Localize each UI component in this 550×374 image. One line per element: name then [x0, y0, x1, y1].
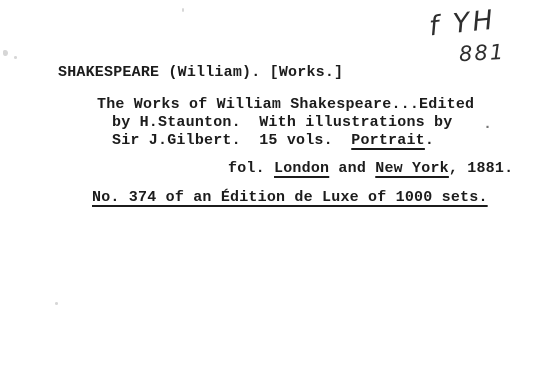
title-line-1: The Works of William Shakespeare...Edite… — [97, 96, 474, 114]
shelfmark-number: 881 — [458, 40, 505, 66]
shelfmark-class: f YH — [428, 5, 498, 43]
stray-ink-mark: . — [483, 116, 492, 133]
catalog-card: f YH 881 SHAKESPEARE (William). [Works.]… — [0, 0, 550, 374]
portrait-underlined: Portrait — [351, 132, 425, 149]
title-line-3-text: Sir J.Gilbert. 15 vols. — [112, 132, 351, 149]
imprint-place-london: London — [274, 160, 329, 177]
scan-smudge — [14, 56, 17, 59]
edition-note-line: No. 374 of an Édition de Luxe of 1000 se… — [92, 189, 488, 207]
imprint-place-newyork: New York — [375, 160, 449, 177]
title-line-3-period: . — [425, 132, 434, 149]
imprint-line: fol. London and New York, 1881. — [228, 160, 513, 178]
scan-smudge — [182, 8, 184, 12]
title-line-3: Sir J.Gilbert. 15 vols. Portrait. — [112, 132, 434, 150]
title-line-2: by H.Staunton. With illustrations by — [112, 114, 452, 132]
imprint-conjunction: and — [329, 160, 375, 177]
imprint-format: fol. — [228, 160, 274, 177]
heading-author-title: SHAKESPEARE (William). [Works.] — [58, 64, 343, 82]
edition-note-text: No. 374 of an Édition de Luxe of 1000 se… — [92, 189, 488, 206]
scan-smudge — [55, 302, 58, 305]
imprint-year: , 1881. — [449, 160, 513, 177]
scan-smudge — [3, 50, 8, 56]
